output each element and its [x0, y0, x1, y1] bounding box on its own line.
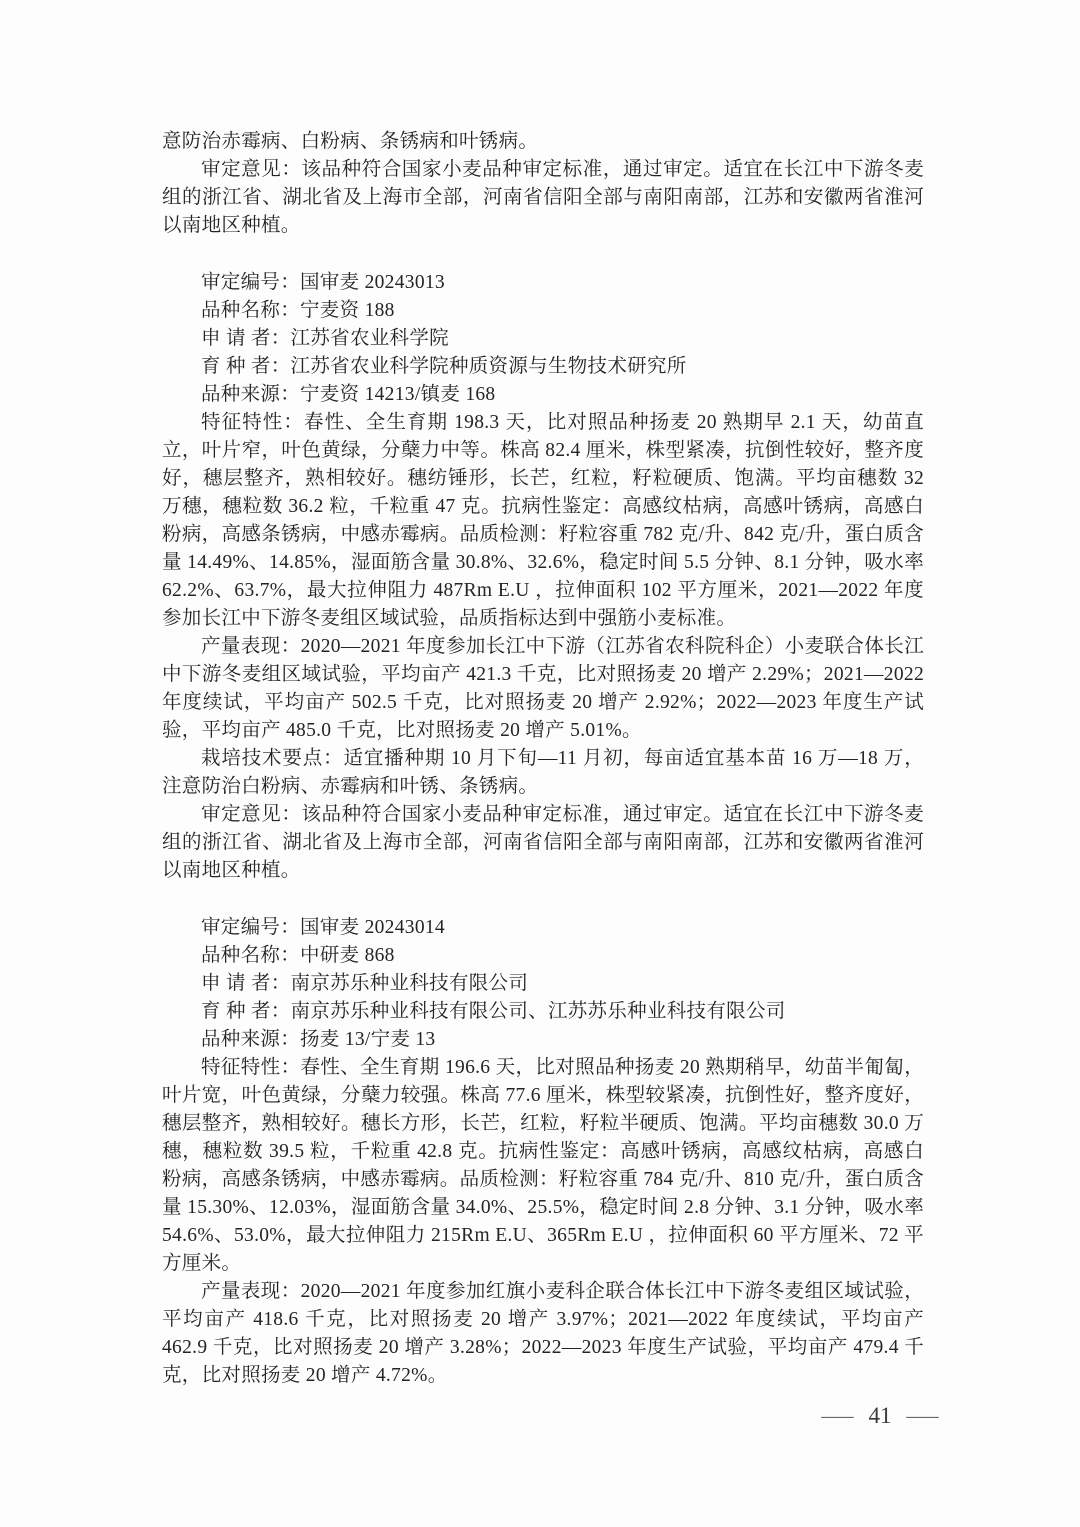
- field-breeder: 育 种 者：南京苏乐种业科技有限公司、江苏苏乐种业科技有限公司: [162, 998, 924, 1026]
- paragraph-traits: 特征特性：春性、全生育期 198.3 天，比对照品种扬麦 20 熟期早 2.1 …: [162, 409, 924, 633]
- document-page: 意防治赤霉病、白粉病、条锈病和叶锈病。 审定意见：该品种符合国家小麦品种审定标准…: [0, 0, 1080, 1527]
- footer-left-dash: —: [821, 1403, 853, 1429]
- field-variety-source: 品种来源：宁麦资 14213/镇麦 168: [162, 381, 924, 409]
- field-variety-source: 品种来源：扬麦 13/宁麦 13: [162, 1026, 924, 1054]
- paragraph-approval-opinion: 审定意见：该品种符合国家小麦品种审定标准，通过审定。适宜在长江中下游冬麦组的浙江…: [162, 801, 924, 885]
- field-variety-name: 品种名称：宁麦资 188: [162, 297, 924, 325]
- paragraph-approval-opinion-intro: 审定意见：该品种符合国家小麦品种审定标准，通过审定。适宜在长江中下游冬麦组的浙江…: [162, 156, 924, 240]
- paragraph-traits: 特征特性：春性、全生育期 196.6 天，比对照品种扬麦 20 熟期稍早，幼苗半…: [162, 1054, 924, 1278]
- page-number: 41: [869, 1403, 892, 1429]
- field-applicant: 申 请 者：南京苏乐种业科技有限公司: [162, 970, 924, 998]
- field-approval-number: 审定编号：国审麦 20243013: [162, 269, 924, 297]
- paragraph-yield-performance: 产量表现：2020—2021 年度参加长江中下游（江苏省农科院科企）小麦联合体长…: [162, 633, 924, 745]
- field-variety-name: 品种名称：中研麦 868: [162, 942, 924, 970]
- field-approval-number: 审定编号：国审麦 20243014: [162, 914, 924, 942]
- paragraph-cultivation-points: 栽培技术要点：适宜播种期 10 月下旬—11 月初，每亩适宜基本苗 16 万—1…: [162, 745, 924, 801]
- paragraph-disease-note-continuation: 意防治赤霉病、白粉病、条锈病和叶锈病。: [162, 128, 924, 156]
- field-breeder: 育 种 者：江苏省农业科学院种质资源与生物技术研究所: [162, 353, 924, 381]
- page-content: 意防治赤霉病、白粉病、条锈病和叶锈病。 审定意见：该品种符合国家小麦品种审定标准…: [162, 128, 924, 1390]
- variety-section-zhongyanmai868: 审定编号：国审麦 20243014 品种名称：中研麦 868 申 请 者：南京苏…: [162, 914, 924, 1390]
- footer-right-dash: —: [906, 1403, 938, 1429]
- page-number-footer: — 41 —: [826, 1403, 934, 1429]
- paragraph-yield-performance: 产量表现：2020—2021 年度参加红旗小麦科企联合体长江中下游冬麦组区域试验…: [162, 1278, 924, 1390]
- variety-section-ningmaizi188: 审定编号：国审麦 20243013 品种名称：宁麦资 188 申 请 者：江苏省…: [162, 269, 924, 885]
- field-applicant: 申 请 者：江苏省农业科学院: [162, 325, 924, 353]
